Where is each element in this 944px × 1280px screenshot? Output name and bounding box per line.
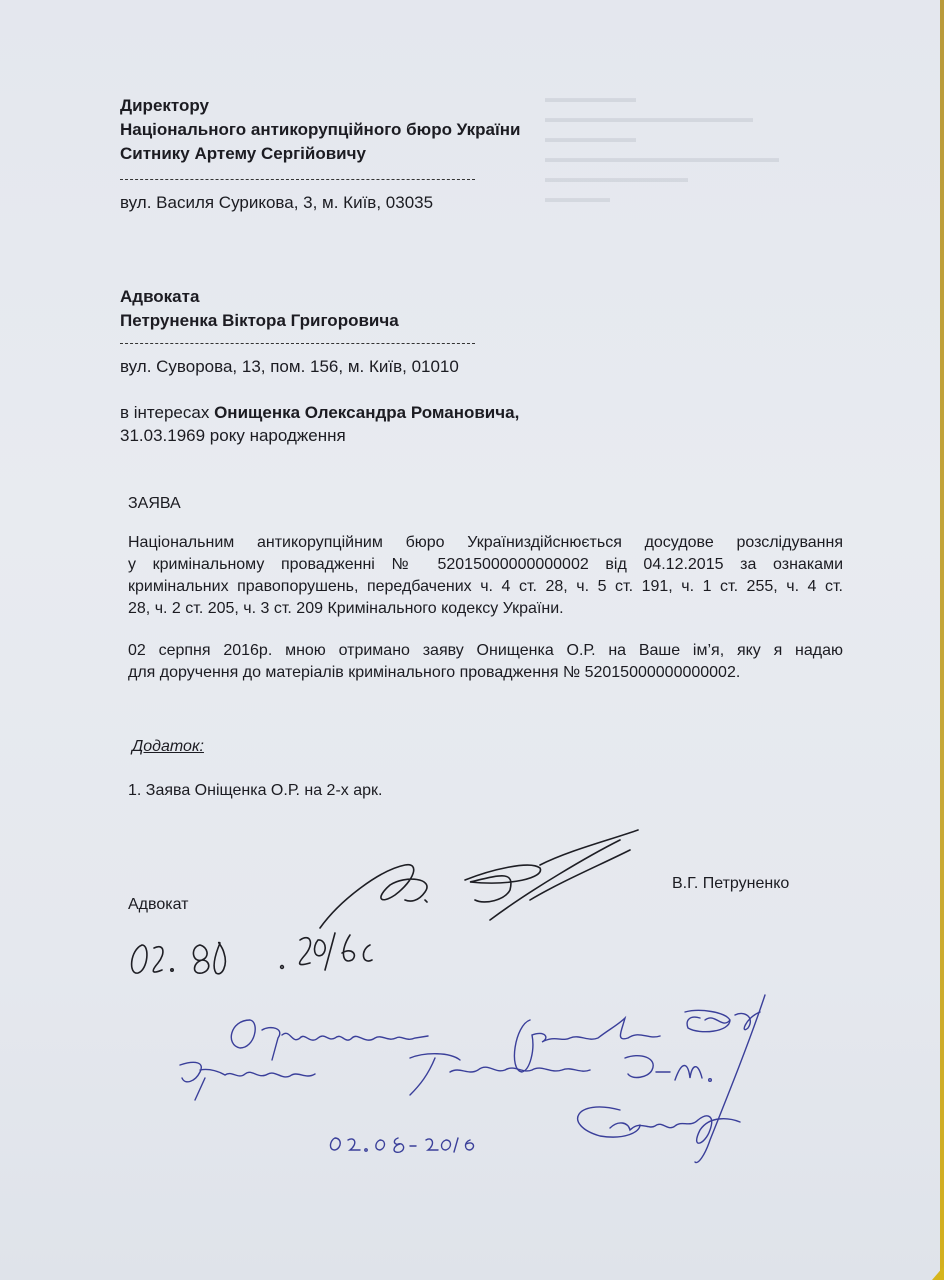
- handwritten-sign-date: [120, 915, 420, 985]
- paragraph-line: Національним антикорупційним бюро Україн…: [128, 532, 843, 554]
- paragraph-received: 02 серпня 2016р. мною отримано заяву Они…: [128, 640, 843, 684]
- paragraph-line: 02 серпня 2016р. мною отримано заяву Они…: [128, 640, 843, 662]
- addressee-name: Ситнику Артему Сергійовичу: [120, 143, 366, 165]
- interest-prefix: в інтересах: [120, 403, 209, 422]
- paragraph-line: кримінальних правопорушень, передбачених…: [128, 576, 843, 598]
- birth-date-line: 31.03.1969 року народження: [120, 425, 346, 447]
- paragraph-line: для доручення до матеріалів кримінальног…: [128, 662, 843, 684]
- sender-address: вул. Суворова, 13, пом. 156, м. Київ, 01…: [120, 356, 459, 378]
- paragraph-line: у кримінальному провадженні № 5201500000…: [128, 554, 843, 576]
- addressee-address: вул. Василя Сурикова, 3, м. Київ, 03035: [120, 192, 433, 214]
- paragraph-line: 28, ч. 2 ст. 205, ч. 3 ст. 209 Криміналь…: [128, 598, 843, 620]
- lawyer-signature: [300, 820, 640, 930]
- receipt-handwritten-note: [170, 990, 810, 1180]
- signer-name: В.Г. Петруненко: [672, 873, 789, 895]
- page-edge: [940, 0, 944, 1280]
- paragraph-investigation: Національним антикорупційним бюро Україн…: [128, 532, 843, 620]
- sender-name: Петруненка Віктора Григоровича: [120, 310, 399, 332]
- attachment-label: Додаток:: [132, 738, 204, 756]
- addressee-title: Директору: [120, 95, 209, 117]
- document-heading: ЗАЯВА: [128, 493, 181, 515]
- separator-line: [120, 179, 475, 180]
- interest-name: Онищенка Олександра Романовича,: [214, 403, 519, 422]
- separator-line: [120, 343, 475, 344]
- show-through-text: ▬▬▬▬▬▬▬▬▬▬▬▬▬▬▬▬▬▬▬▬▬▬▬▬▬▬▬▬▬▬▬▬▬▬▬▬▬▬▬▬…: [545, 88, 779, 208]
- addressee-organization: Національного антикорупційного бюро Укра…: [120, 119, 520, 141]
- signer-role: Адвокат: [128, 894, 188, 916]
- interest-line: в інтересах Онищенка Олександра Романови…: [120, 402, 519, 424]
- attachment-item: 1. Заява Оніщенка О.Р. на 2-х арк.: [128, 780, 382, 802]
- sender-title: Адвоката: [120, 286, 199, 308]
